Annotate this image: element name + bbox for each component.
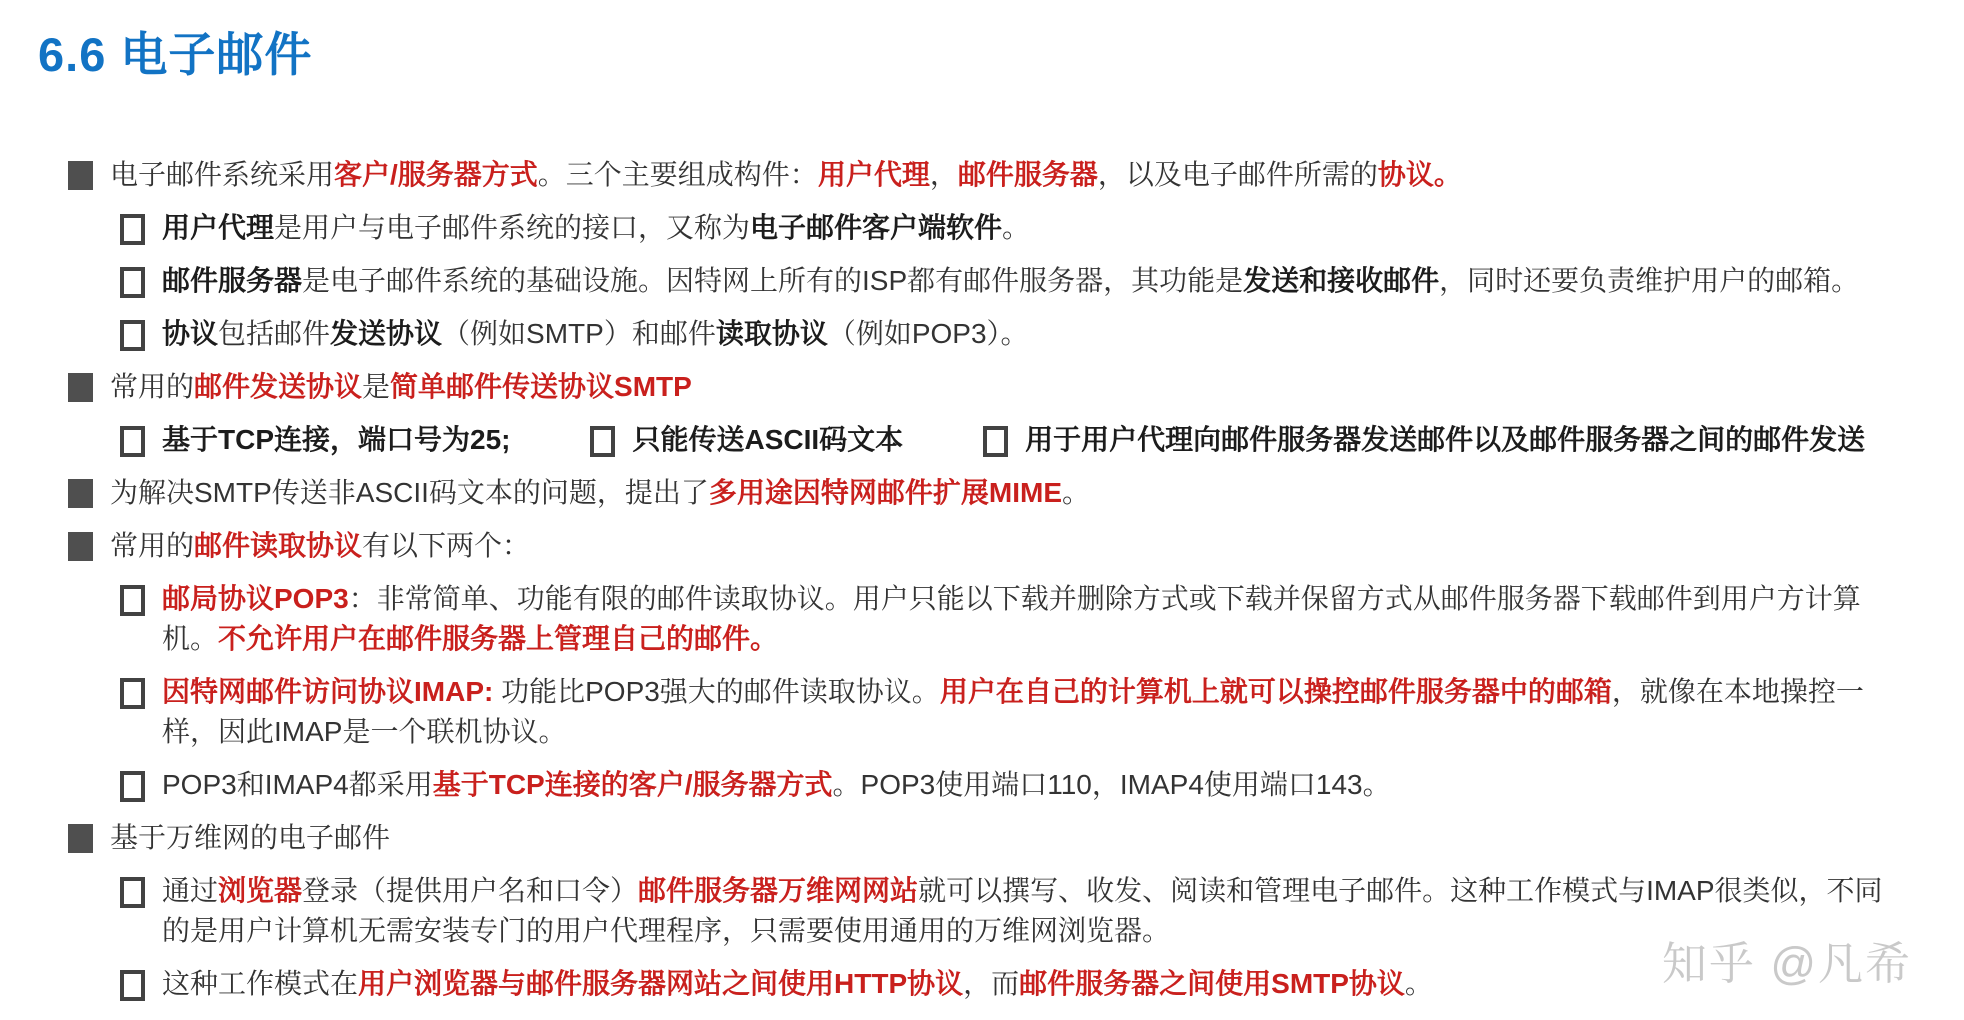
text-segment: 用于用户代理向邮件服务器发送邮件以及邮件服务器之间的邮件发送 bbox=[1025, 424, 1865, 455]
text-segment: 发送和接收邮件 bbox=[1243, 265, 1439, 296]
hollow-square-bullet bbox=[120, 970, 145, 1001]
text-segment: 协议。 bbox=[1378, 159, 1462, 190]
hollow-square-bullet bbox=[120, 877, 145, 908]
bullet-unit: POP3和IMAP4都采用基于TCP连接的客户/服务器方式。POP3使用端口11… bbox=[120, 765, 1906, 805]
text-segment: 是电子邮件系统的基础设施。因特网上所有的ISP都有邮件服务器，其功能是 bbox=[302, 265, 1243, 296]
text-segment: 是用户与电子邮件系统的接口，又称为 bbox=[274, 212, 750, 243]
text-segment: 用户代理 bbox=[162, 212, 274, 243]
text-segment: 浏览器 bbox=[218, 875, 302, 906]
text-segment: 用户代理 bbox=[818, 159, 930, 190]
text-segment: 用户浏览器与邮件服务器网站之间使用HTTP协议 bbox=[358, 968, 963, 999]
bullet-unit: 只能传送ASCII码文本 bbox=[590, 420, 903, 460]
text-segment: ，同时还要负责维护用户的邮箱。 bbox=[1439, 265, 1859, 296]
hollow-square-bullet bbox=[120, 678, 145, 709]
hollow-square-bullet bbox=[120, 267, 145, 298]
text-segment: 邮件服务器 bbox=[162, 265, 302, 296]
text-segment: 通过 bbox=[162, 875, 218, 906]
bullet-row: 因特网邮件访问协议IMAP: 功能比POP3强大的邮件读取协议。用户在自己的计算… bbox=[0, 672, 1964, 752]
filled-square-bullet bbox=[68, 373, 93, 402]
text-segment: 基于万维网的电子邮件 bbox=[110, 822, 390, 853]
text-segment: 邮件读取协议 bbox=[194, 530, 362, 561]
bullet-unit: 基于万维网的电子邮件 bbox=[68, 818, 1906, 858]
text-segment: 用户在自己的计算机上就可以操控邮件服务器中的邮箱 bbox=[940, 676, 1612, 707]
bullet-list: 电子邮件系统采用客户/服务器方式。三个主要组成构件：用户代理，邮件服务器，以及电… bbox=[0, 155, 1964, 1004]
bullet-unit: 常用的邮件发送协议是简单邮件传送协议SMTP bbox=[68, 367, 1906, 407]
hollow-square-bullet bbox=[120, 585, 145, 616]
text-segment: 邮件服务器之间使用SMTP协议 bbox=[1019, 968, 1405, 999]
bullet-text: 基于万维网的电子邮件 bbox=[110, 818, 390, 858]
bullet-text: 为解决SMTP传送非ASCII码文本的问题，提出了多用途因特网邮件扩展MIME。 bbox=[110, 473, 1090, 513]
bullet-text: 常用的邮件发送协议是简单邮件传送协议SMTP bbox=[110, 367, 692, 407]
text-segment: 。三个主要组成构件： bbox=[538, 159, 818, 190]
text-segment: 读取协议 bbox=[716, 318, 828, 349]
text-segment: 常用的 bbox=[110, 530, 194, 561]
text-segment: 功能比POP3强大的邮件读取协议。 bbox=[493, 676, 939, 707]
watermark: 知乎 @凡希 bbox=[1662, 927, 1912, 992]
text-segment: 登录（提供用户名和口令） bbox=[302, 875, 638, 906]
bullet-text: 协议包括邮件发送协议（例如SMTP）和邮件读取协议（例如POP3）。 bbox=[162, 314, 1029, 354]
filled-square-bullet bbox=[68, 532, 93, 561]
bullet-unit: 基于TCP连接，端口号为25; bbox=[120, 420, 510, 460]
bullet-row: 用户代理是用户与电子邮件系统的接口，又称为电子邮件客户端软件。 bbox=[0, 208, 1964, 248]
text-segment: 基于TCP连接，端口号为25; bbox=[162, 424, 510, 455]
text-segment: 因特网邮件访问协议IMAP: bbox=[162, 676, 493, 707]
text-segment: 。 bbox=[1002, 212, 1030, 243]
text-segment: 常用的 bbox=[110, 371, 194, 402]
bullet-text: 基于TCP连接，端口号为25; bbox=[162, 420, 510, 460]
bullet-row: POP3和IMAP4都采用基于TCP连接的客户/服务器方式。POP3使用端口11… bbox=[0, 765, 1964, 805]
bullet-unit: 邮件服务器是电子邮件系统的基础设施。因特网上所有的ISP都有邮件服务器，其功能是… bbox=[120, 261, 1906, 301]
bullet-text: 只能传送ASCII码文本 bbox=[632, 420, 903, 460]
text-segment: 包括邮件 bbox=[218, 318, 330, 349]
bullet-row: 基于万维网的电子邮件 bbox=[0, 818, 1964, 858]
bullet-row: 常用的邮件发送协议是简单邮件传送协议SMTP bbox=[0, 367, 1964, 407]
filled-square-bullet bbox=[68, 161, 93, 190]
text-segment: POP3和IMAP4都采用 bbox=[162, 769, 433, 800]
text-segment: 客户/服务器方式 bbox=[334, 159, 538, 190]
text-segment: 多用途因特网邮件扩展MIME bbox=[709, 477, 1062, 508]
bullet-unit: 邮局协议POP3：非常简单、功能有限的邮件读取协议。用户只能以下载并删除方式或下… bbox=[120, 579, 1906, 659]
text-segment: ，而 bbox=[963, 968, 1019, 999]
bullet-row: 邮局协议POP3：非常简单、功能有限的邮件读取协议。用户只能以下载并删除方式或下… bbox=[0, 579, 1964, 659]
text-segment: 只能传送ASCII码文本 bbox=[632, 424, 903, 455]
hollow-square-bullet bbox=[120, 320, 145, 351]
bullet-text: 因特网邮件访问协议IMAP: 功能比POP3强大的邮件读取协议。用户在自己的计算… bbox=[162, 672, 1906, 752]
text-segment: 基于TCP连接的客户/服务器方式 bbox=[433, 769, 833, 800]
hollow-square-bullet bbox=[590, 426, 615, 457]
text-segment: 发送协议 bbox=[330, 318, 442, 349]
bullet-unit: 协议包括邮件发送协议（例如SMTP）和邮件读取协议（例如POP3）。 bbox=[120, 314, 1906, 354]
text-segment: ，以及电子邮件所需的 bbox=[1098, 159, 1378, 190]
bullet-row: 为解决SMTP传送非ASCII码文本的问题，提出了多用途因特网邮件扩展MIME。 bbox=[0, 473, 1964, 513]
text-segment: 协议 bbox=[162, 318, 218, 349]
bullet-row: 常用的邮件读取协议有以下两个： bbox=[0, 526, 1964, 566]
hollow-square-bullet bbox=[983, 426, 1008, 457]
text-segment: 邮件发送协议 bbox=[194, 371, 362, 402]
text-segment: 简单邮件传送协议SMTP bbox=[390, 371, 692, 402]
text-segment: 是 bbox=[362, 371, 390, 402]
text-segment: 。POP3使用端口110，IMAP4使用端口143。 bbox=[833, 769, 1391, 800]
bullet-unit: 为解决SMTP传送非ASCII码文本的问题，提出了多用途因特网邮件扩展MIME。 bbox=[68, 473, 1906, 513]
text-segment: 电子邮件客户端软件 bbox=[750, 212, 1002, 243]
text-segment: 。 bbox=[1062, 477, 1090, 508]
bullet-unit: 常用的邮件读取协议有以下两个： bbox=[68, 526, 1906, 566]
text-segment: 邮件服务器万维网网站 bbox=[638, 875, 918, 906]
bullet-text: 用户代理是用户与电子邮件系统的接口，又称为电子邮件客户端软件。 bbox=[162, 208, 1030, 248]
text-segment: 。 bbox=[1405, 968, 1433, 999]
text-segment: 有以下两个： bbox=[362, 530, 530, 561]
bullet-text: 邮件服务器是电子邮件系统的基础设施。因特网上所有的ISP都有邮件服务器，其功能是… bbox=[162, 261, 1859, 301]
bullet-text: 通过浏览器登录（提供用户名和口令）邮件服务器万维网网站就可以撰写、收发、阅读和管… bbox=[162, 871, 1906, 951]
bullet-unit: 这种工作模式在用户浏览器与邮件服务器网站之间使用HTTP协议，而邮件服务器之间使… bbox=[120, 964, 1906, 1004]
text-segment: 邮件服务器 bbox=[958, 159, 1098, 190]
hollow-square-bullet bbox=[120, 214, 145, 245]
text-segment: 这种工作模式在 bbox=[162, 968, 358, 999]
bullet-text: POP3和IMAP4都采用基于TCP连接的客户/服务器方式。POP3使用端口11… bbox=[162, 765, 1391, 805]
bullet-text: 电子邮件系统采用客户/服务器方式。三个主要组成构件：用户代理，邮件服务器，以及电… bbox=[110, 155, 1462, 195]
bullet-text: 用于用户代理向邮件服务器发送邮件以及邮件服务器之间的邮件发送 bbox=[1025, 420, 1865, 460]
bullet-unit: 因特网邮件访问协议IMAP: 功能比POP3强大的邮件读取协议。用户在自己的计算… bbox=[120, 672, 1906, 752]
hollow-square-bullet bbox=[120, 426, 145, 457]
page-title: 6.6 电子邮件 bbox=[38, 18, 1964, 85]
text-segment: ， bbox=[930, 159, 958, 190]
bullet-row-group: 基于TCP连接，端口号为25;只能传送ASCII码文本用于用户代理向邮件服务器发… bbox=[0, 420, 1964, 460]
bullet-unit: 用户代理是用户与电子邮件系统的接口，又称为电子邮件客户端软件。 bbox=[120, 208, 1906, 248]
bullet-text: 邮局协议POP3：非常简单、功能有限的邮件读取协议。用户只能以下载并删除方式或下… bbox=[162, 579, 1906, 659]
bullet-row: 邮件服务器是电子邮件系统的基础设施。因特网上所有的ISP都有邮件服务器，其功能是… bbox=[0, 261, 1964, 301]
text-segment: 邮局协议POP3 bbox=[162, 583, 349, 614]
bullet-unit: 通过浏览器登录（提供用户名和口令）邮件服务器万维网网站就可以撰写、收发、阅读和管… bbox=[120, 871, 1906, 951]
bullet-row: 协议包括邮件发送协议（例如SMTP）和邮件读取协议（例如POP3）。 bbox=[0, 314, 1964, 354]
bullet-unit: 电子邮件系统采用客户/服务器方式。三个主要组成构件：用户代理，邮件服务器，以及电… bbox=[68, 155, 1906, 195]
hollow-square-bullet bbox=[120, 771, 145, 802]
text-segment: 不允许用户在邮件服务器上管理自己的邮件。 bbox=[218, 623, 778, 654]
text-segment: 为解决SMTP传送非ASCII码文本的问题，提出了 bbox=[110, 477, 709, 508]
bullet-text: 这种工作模式在用户浏览器与邮件服务器网站之间使用HTTP协议，而邮件服务器之间使… bbox=[162, 964, 1433, 1004]
text-segment: （例如SMTP）和邮件 bbox=[442, 318, 716, 349]
text-segment: （例如POP3）。 bbox=[828, 318, 1029, 349]
text-segment: 电子邮件系统采用 bbox=[110, 159, 334, 190]
bullet-text: 常用的邮件读取协议有以下两个： bbox=[110, 526, 530, 566]
filled-square-bullet bbox=[68, 824, 93, 853]
bullet-row: 电子邮件系统采用客户/服务器方式。三个主要组成构件：用户代理，邮件服务器，以及电… bbox=[0, 155, 1964, 195]
bullet-unit: 用于用户代理向邮件服务器发送邮件以及邮件服务器之间的邮件发送 bbox=[983, 420, 1865, 460]
filled-square-bullet bbox=[68, 479, 93, 508]
